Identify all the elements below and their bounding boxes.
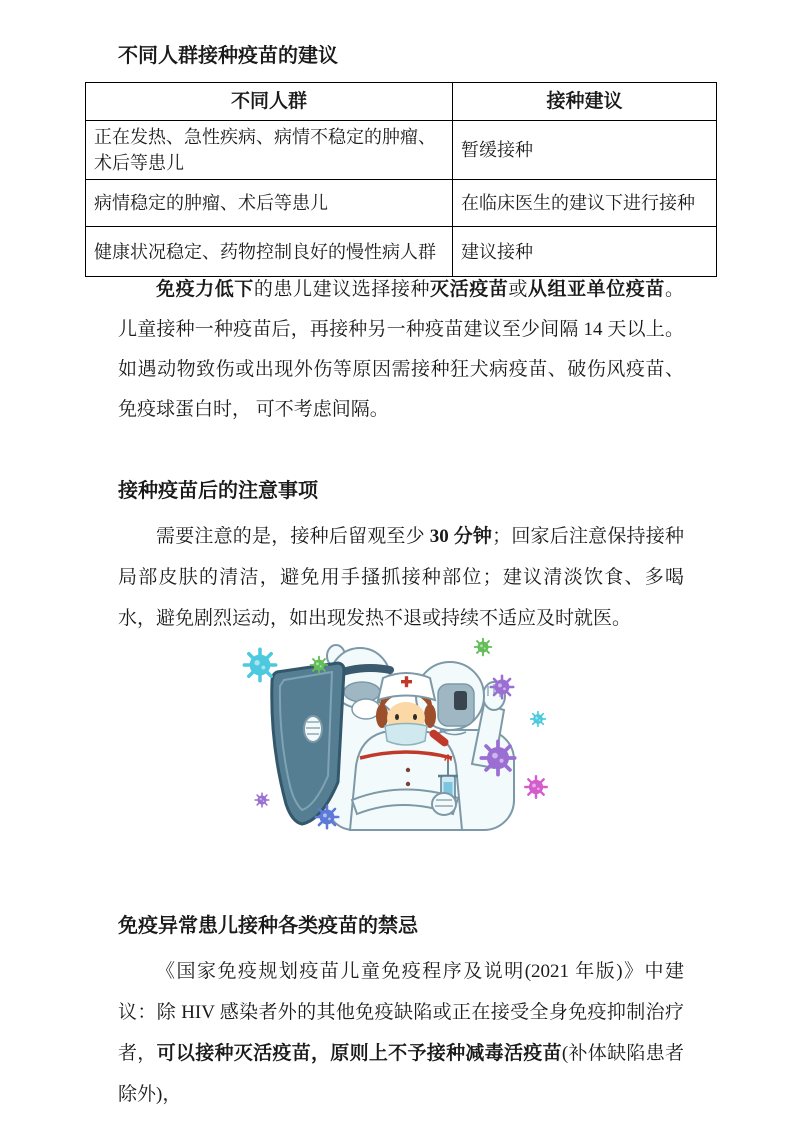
text-run: 灭活疫苗 bbox=[430, 279, 508, 300]
virus-icon bbox=[311, 657, 328, 674]
virus-icon bbox=[316, 806, 339, 829]
text-run: 。儿童接种一种疫苗后，再接种另一种疫苗建议至少间隔 14 天以上。如遇动物致伤或… bbox=[118, 279, 684, 420]
paragraph-low-immunity-advice: 免疫力低下的患儿建议选择接种灭活疫苗或从组亚单位疫苗。儿童接种一种疫苗后，再接种… bbox=[118, 270, 684, 430]
virus-icon bbox=[475, 639, 492, 656]
cell-population: 正在发热、急性疾病、病情不稳定的肿瘤、术后等患儿 bbox=[86, 121, 453, 180]
cell-recommendation: 暂缓接种 bbox=[453, 121, 717, 180]
virus-icon bbox=[491, 676, 514, 699]
cell-population: 病情稳定的肿瘤、术后等患儿 bbox=[86, 180, 453, 227]
table-header-row: 不同人群 接种建议 bbox=[86, 83, 717, 121]
text-run: 的患儿建议选择接种 bbox=[254, 279, 430, 300]
text-run: 从组亚单位疫苗 bbox=[528, 279, 665, 300]
virus-icon bbox=[481, 741, 514, 774]
section-heading-post-vaccination: 接种疫苗后的注意事项 bbox=[118, 479, 318, 503]
cell-recommendation: 在临床医生的建议下进行接种 bbox=[453, 180, 717, 227]
table-row: 正在发热、急性疾病、病情不稳定的肿瘤、术后等患儿 暂缓接种 bbox=[86, 121, 717, 180]
virus-icon bbox=[255, 793, 269, 807]
section-heading-vaccination-groups: 不同人群接种疫苗的建议 bbox=[118, 44, 338, 68]
text-run: 30 分钟 bbox=[430, 526, 492, 547]
virus-icon bbox=[531, 712, 546, 727]
virus-icon bbox=[525, 776, 547, 798]
text-run: 免疫力低下 bbox=[156, 279, 254, 300]
cell-recommendation: 建议接种 bbox=[453, 227, 717, 277]
medical-illustration bbox=[232, 634, 562, 839]
column-header-recommendation: 接种建议 bbox=[453, 83, 717, 121]
text-run: 可以接种灭活疫苗，原则上不予接种减毒活疫苗 bbox=[157, 1043, 562, 1064]
paragraph-post-vaccination-advice: 需要注意的是，接种后留观至少 30 分钟；回家后注意保持接种局部皮肤的清洁，避免… bbox=[118, 516, 684, 639]
text-run: 需要注意的是，接种后留观至少 bbox=[156, 526, 430, 547]
column-header-population: 不同人群 bbox=[86, 83, 453, 121]
text-run: 或 bbox=[508, 279, 528, 300]
table-row: 健康状况稳定、药物控制良好的慢性病人群 建议接种 bbox=[86, 227, 717, 277]
vaccination-groups-table: 不同人群 接种建议 正在发热、急性疾病、病情不稳定的肿瘤、术后等患儿 暂缓接种 … bbox=[85, 82, 717, 277]
virus-icon bbox=[244, 649, 275, 680]
table-row: 病情稳定的肿瘤、术后等患儿 在临床医生的建议下进行接种 bbox=[86, 180, 717, 227]
cell-population: 健康状况稳定、药物控制良好的慢性病人群 bbox=[86, 227, 453, 277]
document-page: 不同人群接种疫苗的建议 不同人群 接种建议 正在发热、急性疾病、病情不稳定的肿瘤… bbox=[0, 0, 793, 1122]
section-heading-contraindications: 免疫异常患儿接种各类疫苗的禁忌 bbox=[118, 914, 418, 938]
paragraph-contraindications: 《国家免疫规划疫苗儿童免疫程序及说明(2021 年版)》中建议：除 HIV 感染… bbox=[118, 951, 684, 1115]
